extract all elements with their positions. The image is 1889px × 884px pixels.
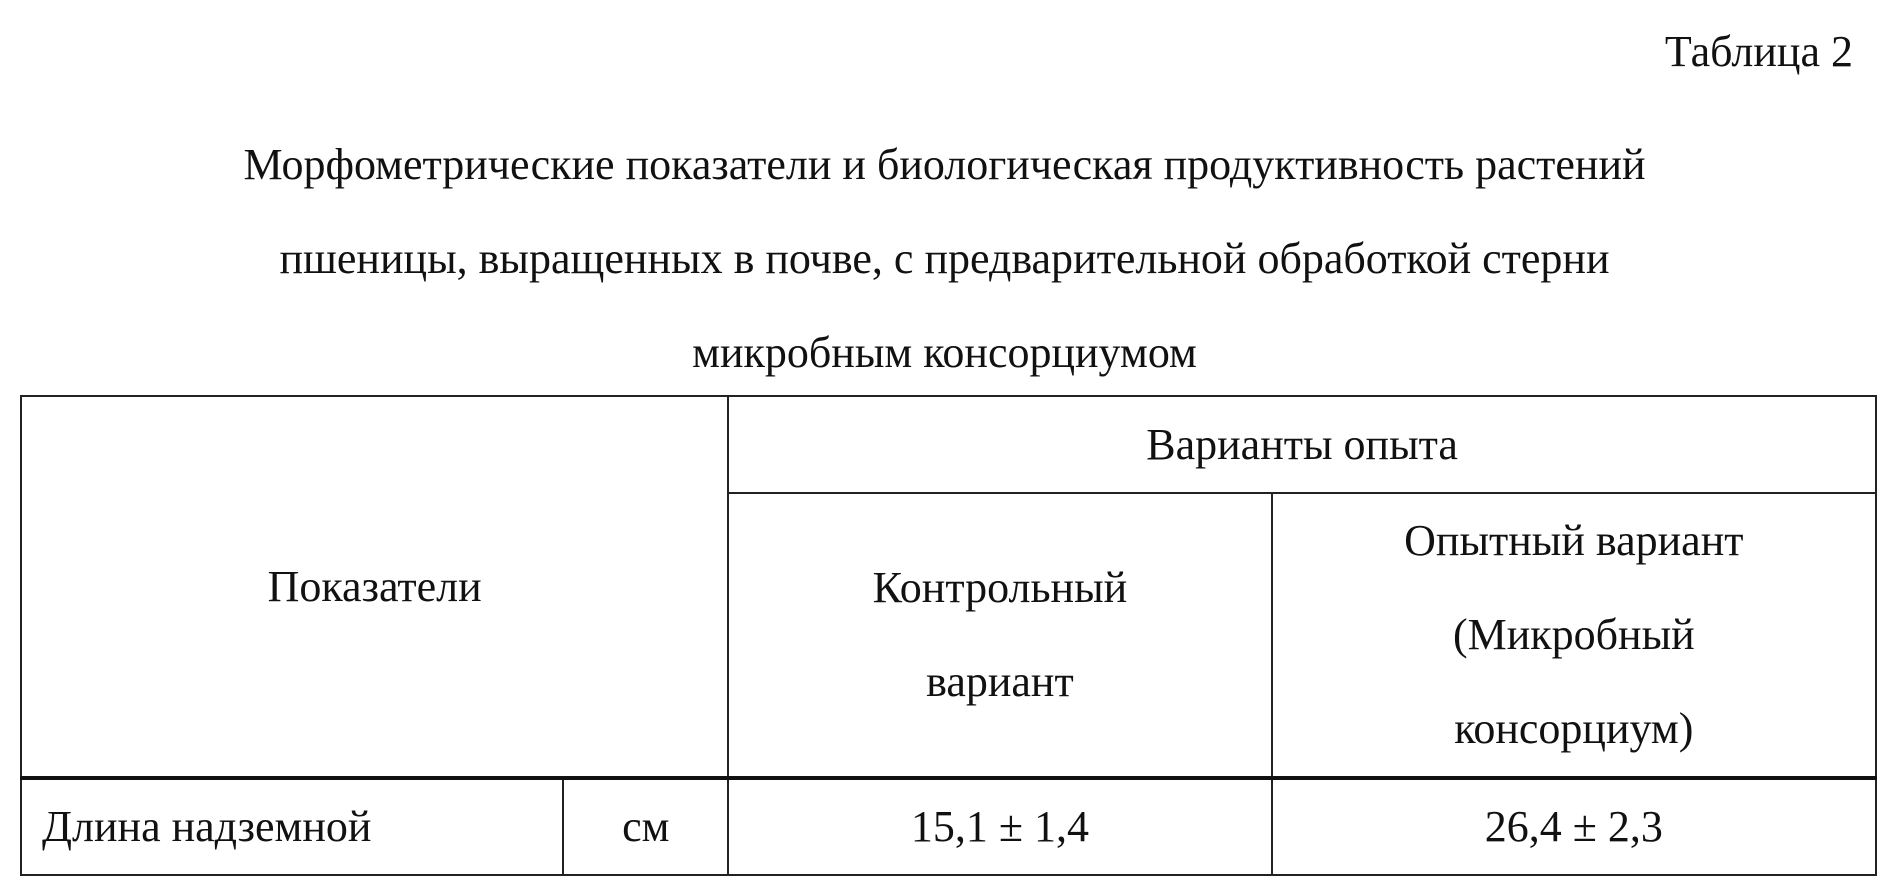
header-indicators: Показатели xyxy=(21,396,728,778)
title-line: микробным консорциумом xyxy=(0,306,1889,400)
title-line: Морфометрические показатели и биологичес… xyxy=(0,118,1889,212)
header-experimental: Опытный вариант (Микробный консорциум) xyxy=(1272,493,1876,778)
cell-experimental: 26,4 ± 2,3 xyxy=(1272,778,1876,875)
title-line: пшеницы, выращенных в почве, с предварит… xyxy=(0,212,1889,306)
cell-unit: см xyxy=(563,778,728,875)
header-control: Контрольный вариант xyxy=(728,493,1271,778)
data-table: Показатели Варианты опыта Контрольный ва… xyxy=(20,395,1877,876)
cell-control: 15,1 ± 1,4 xyxy=(728,778,1271,875)
table-number: Таблица 2 xyxy=(1665,22,1853,82)
header-control-line: вариант xyxy=(729,635,1270,729)
cell-indicator: Длина надземной xyxy=(21,778,563,875)
header-variants-group: Варианты опыта xyxy=(728,396,1876,493)
header-experimental-line: консорциум) xyxy=(1273,682,1875,776)
header-experimental-line: Опытный вариант xyxy=(1273,494,1875,588)
header-control-line: Контрольный xyxy=(729,541,1270,635)
table-title: Морфометрические показатели и биологичес… xyxy=(0,118,1889,400)
table-row: Длина надземной см 15,1 ± 1,4 26,4 ± 2,3 xyxy=(21,778,1876,875)
header-experimental-line: (Микробный xyxy=(1273,588,1875,682)
